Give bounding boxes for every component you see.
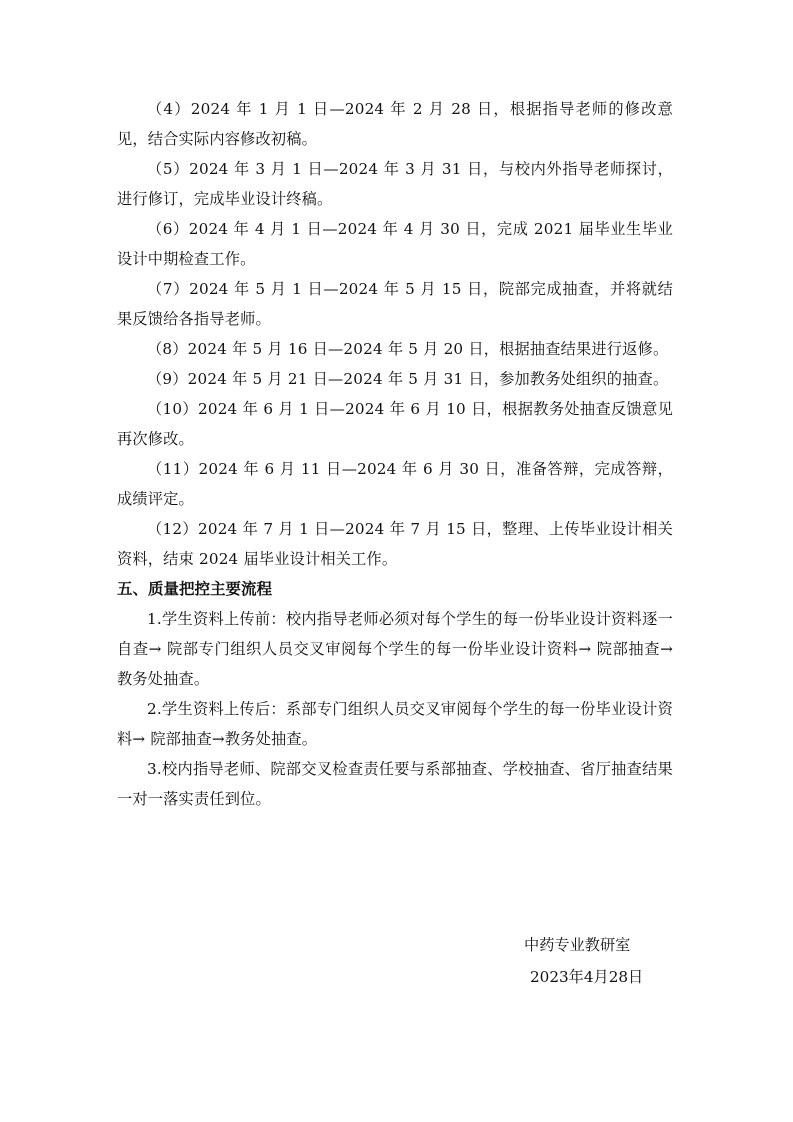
schedule-item: （11）2024 年 6 月 11 日—2024 年 6 月 30 日，准备答辩… [117,454,673,514]
section-heading: 五、质量把控主要流程 [117,574,673,604]
process-item: 2.学生资料上传后：系部专门组织人员交叉审阅每个学生的每一份毕业设计资料→ 院部… [117,694,673,754]
signature-org: 中药专业教研室 [520,930,680,960]
process-item: 3.校内指导老师、院部交叉检查责任要与系部抽查、学校抽查、省厅抽查结果一对一落实… [117,754,673,814]
document-body: （4）2024 年 1 月 1 日—2024 年 2 月 28 日，根据指导老师… [117,94,673,814]
schedule-item: （7）2024 年 5 月 1 日—2024 年 5 月 15 日，院部完成抽查… [117,274,673,334]
signature-date: 2023年4月28日 [520,962,680,992]
schedule-item: （9）2024 年 5 月 21 日—2024 年 5 月 31 日，参加教务处… [117,364,673,394]
process-item: 1.学生资料上传前：校内指导老师必须对每个学生的每一份毕业设计资料逐一自查→ 院… [117,604,673,694]
schedule-item: （4）2024 年 1 月 1 日—2024 年 2 月 28 日，根据指导老师… [117,94,673,154]
schedule-item: （6）2024 年 4 月 1 日—2024 年 4 月 30 日，完成 202… [117,214,673,274]
signature-block: 中药专业教研室 2023年4月28日 [520,930,680,992]
schedule-item: （12）2024 年 7 月 1 日—2024 年 7 月 15 日，整理、上传… [117,514,673,574]
schedule-item: （8）2024 年 5 月 16 日—2024 年 5 月 20 日，根据抽查结… [117,334,673,364]
schedule-item: （10）2024 年 6 月 1 日—2024 年 6 月 10 日，根据教务处… [117,394,673,454]
schedule-item: （5）2024 年 3 月 1 日—2024 年 3 月 31 日，与校内外指导… [117,154,673,214]
